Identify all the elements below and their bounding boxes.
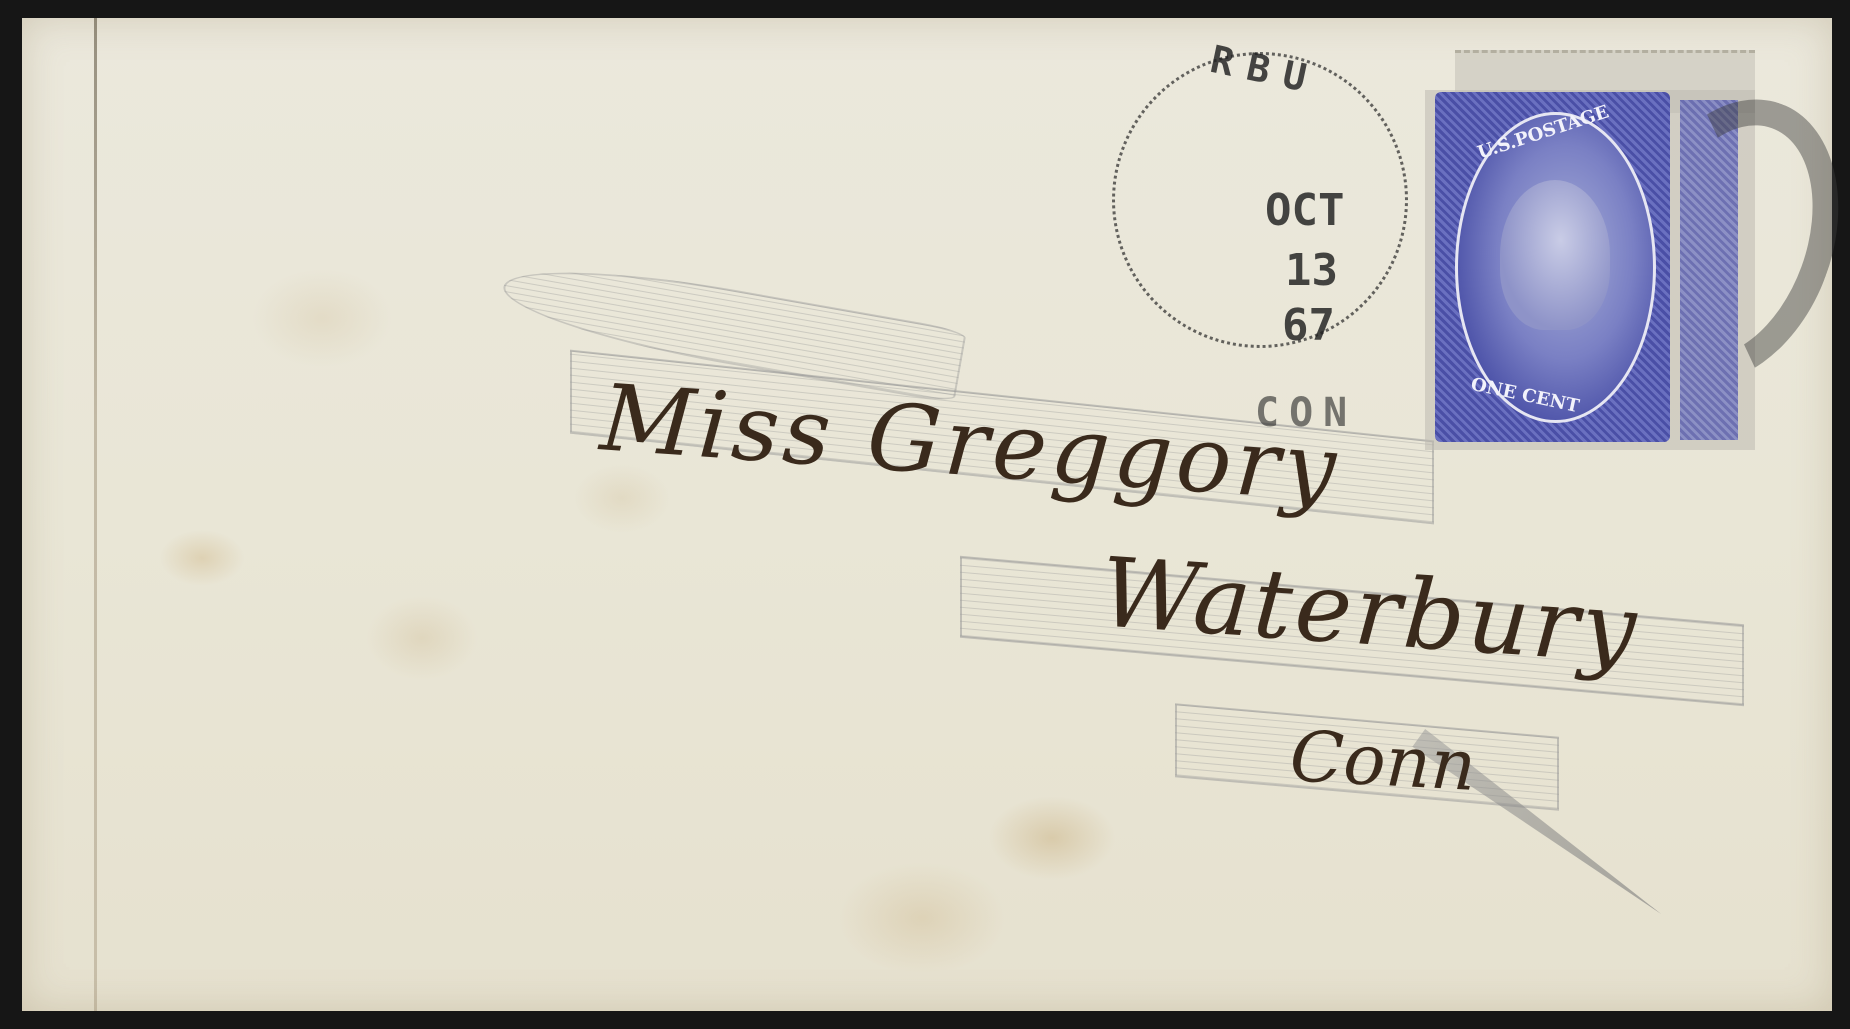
postmark-month: OCT [1265, 185, 1344, 236]
franklin-portrait-icon [1500, 180, 1610, 330]
address-state: Conn [1288, 715, 1478, 807]
postmark-circle [1112, 52, 1408, 348]
postmark-year: 67 [1282, 300, 1335, 351]
postmark-day: 13 [1285, 245, 1338, 296]
fold-line [94, 18, 97, 1011]
